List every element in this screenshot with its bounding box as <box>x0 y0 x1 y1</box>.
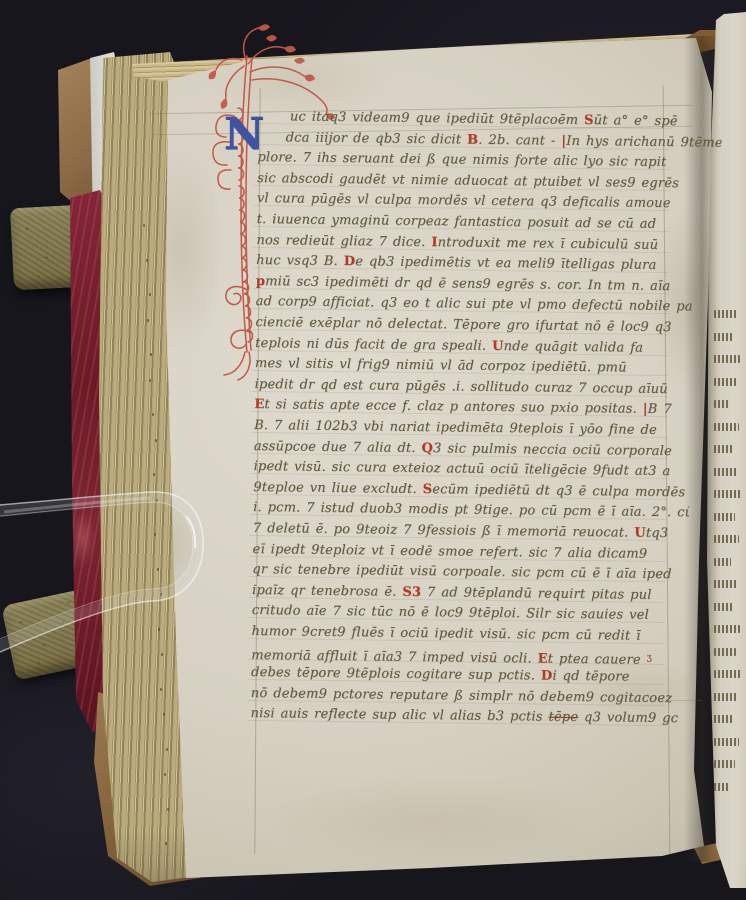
manuscript-photo: N uc itaq3 videam9 que ipediūt 9tēplacoē… <box>0 0 746 900</box>
photo-vignette <box>0 0 746 900</box>
